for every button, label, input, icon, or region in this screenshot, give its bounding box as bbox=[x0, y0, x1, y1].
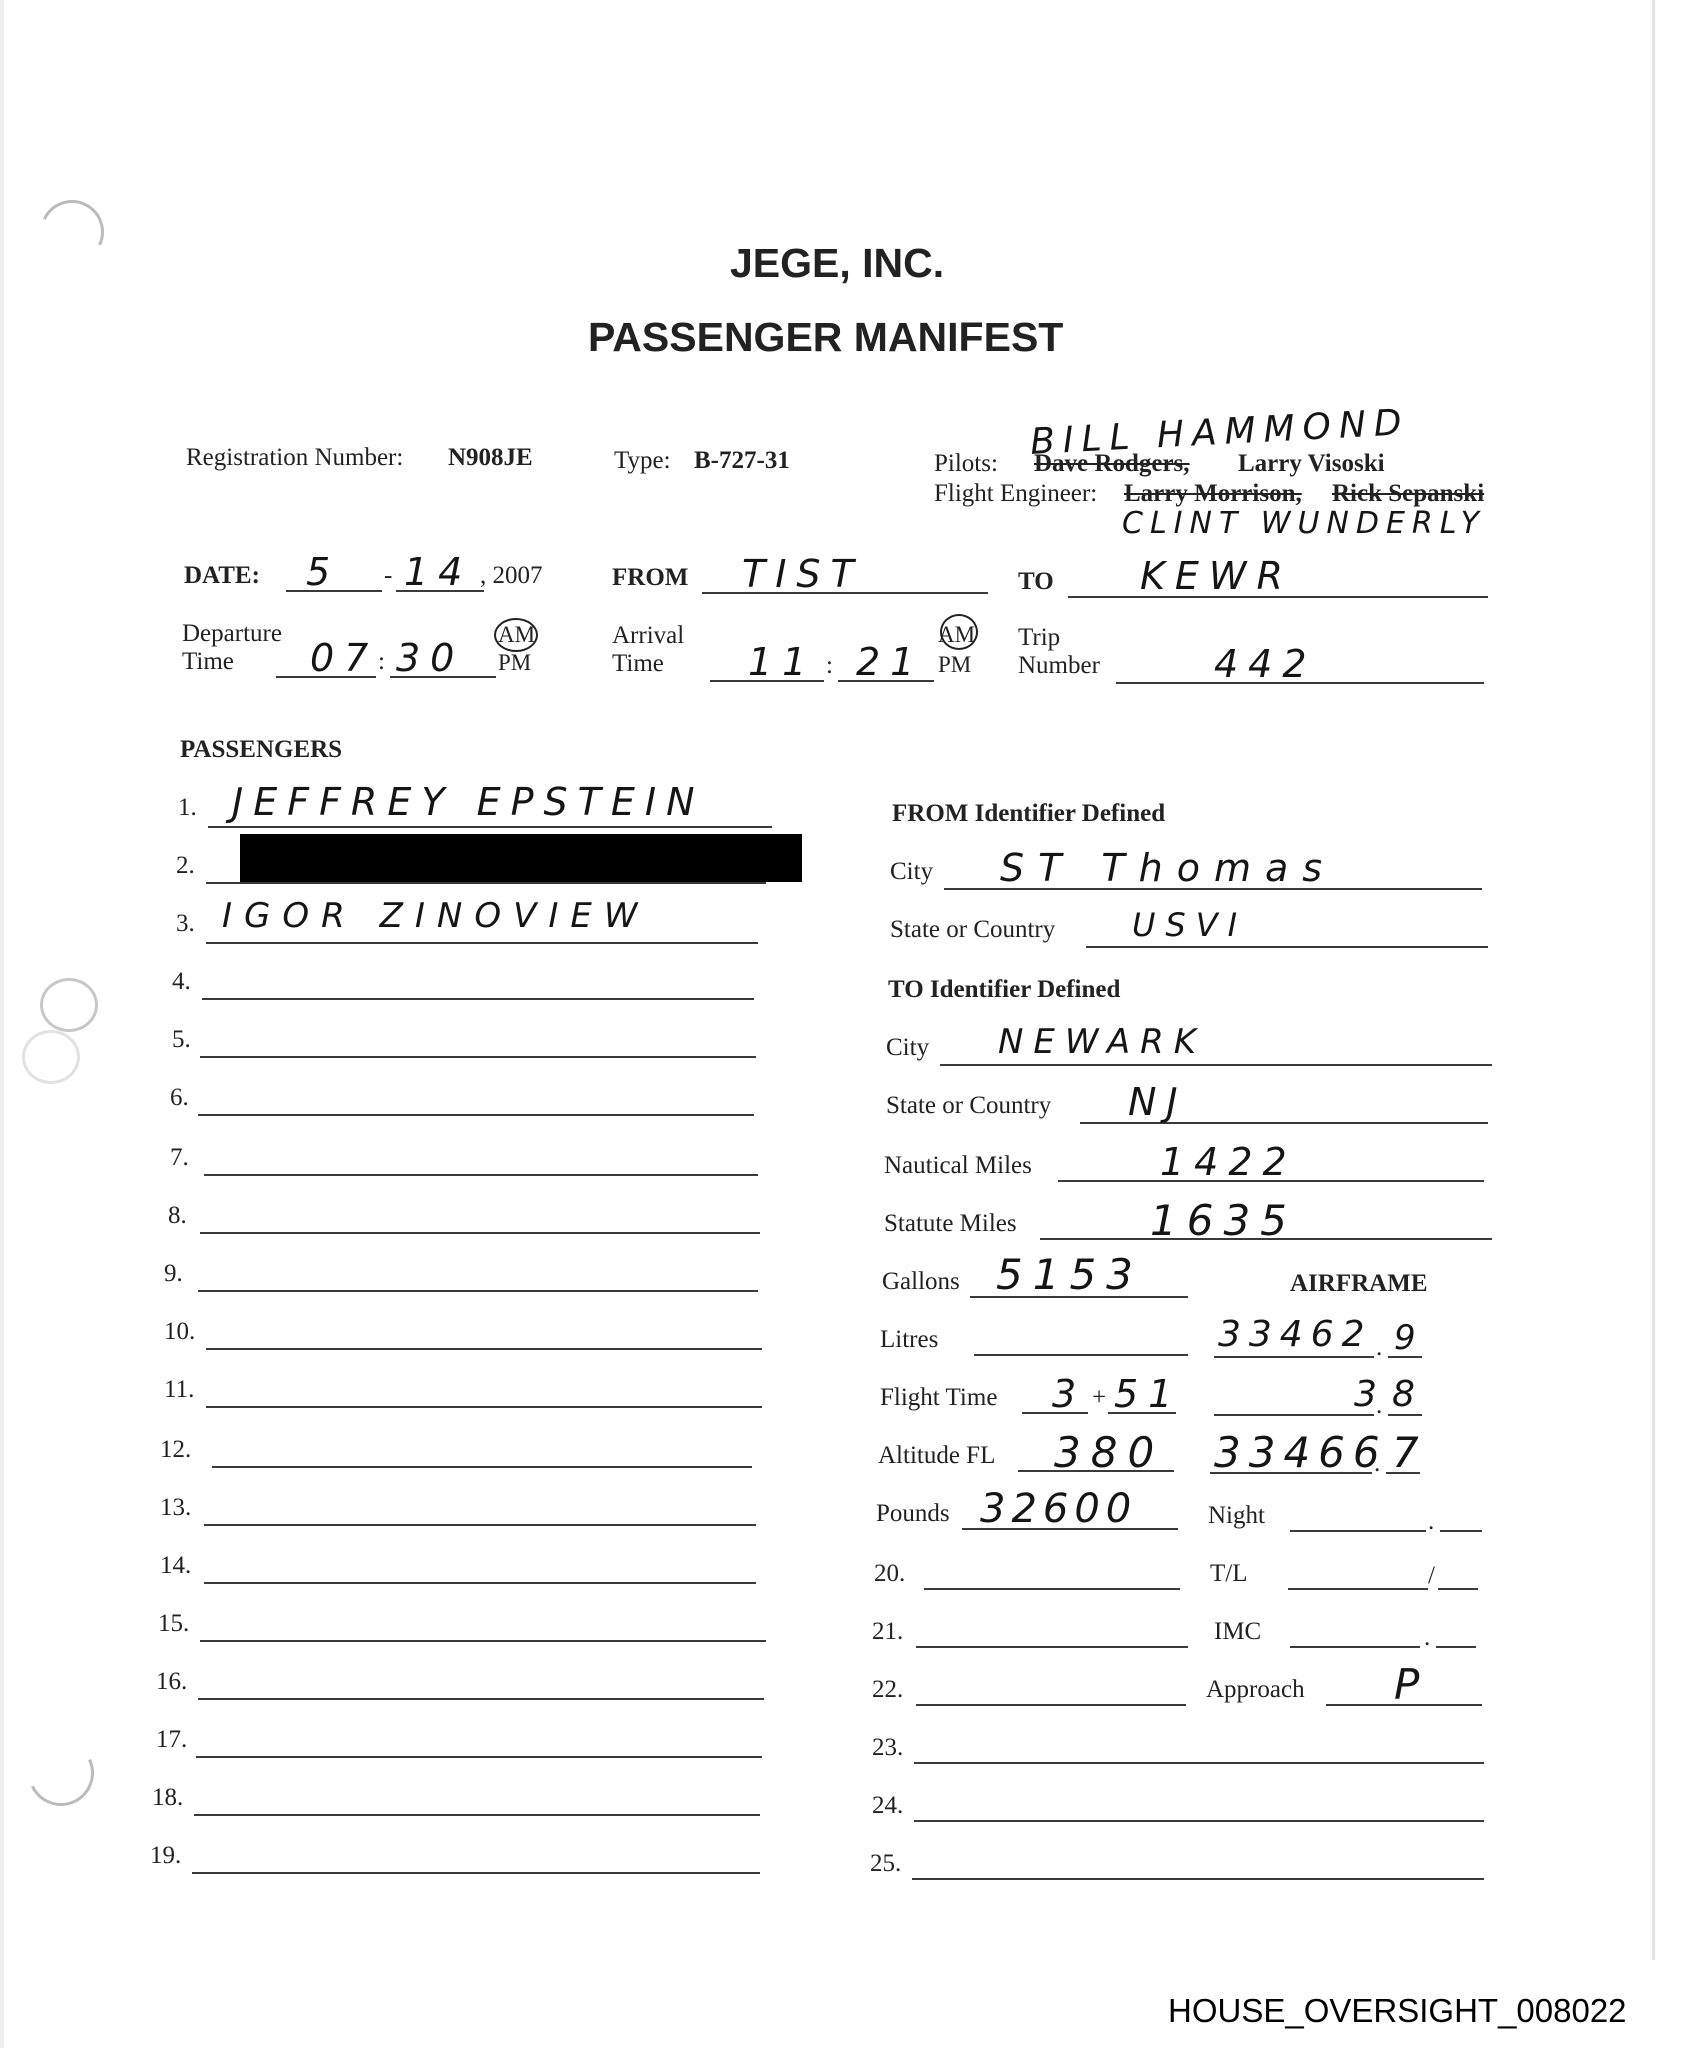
passenger-line bbox=[198, 1114, 754, 1116]
from-city-label: City bbox=[890, 858, 933, 886]
departure-label: Departure bbox=[182, 620, 282, 648]
nautical-miles-label: Nautical Miles bbox=[884, 1152, 1032, 1180]
page-title: PASSENGER MANIFEST bbox=[588, 314, 1063, 361]
passenger-number: 6. bbox=[170, 1084, 189, 1112]
passenger-line bbox=[192, 1872, 760, 1874]
passenger-line bbox=[194, 1814, 760, 1816]
arrival-label: Arrival bbox=[612, 622, 684, 650]
passenger-number: 16. bbox=[156, 1668, 187, 1696]
passenger-line bbox=[916, 1704, 1186, 1706]
approach-label: Approach bbox=[1206, 1676, 1305, 1704]
to-state-label: State or Country bbox=[886, 1092, 1051, 1120]
passenger-line bbox=[208, 826, 772, 828]
passenger-name: JEFFREY EPSTEIN bbox=[232, 780, 705, 824]
engineer-handwritten: CLINT WUNDERLY bbox=[1122, 506, 1486, 541]
airframe-row1-dot: . bbox=[1376, 1334, 1382, 1362]
type-value: B-727-31 bbox=[694, 447, 790, 475]
from-identifier-heading: FROM Identifier Defined bbox=[892, 800, 1165, 828]
from-state-value: USVI bbox=[1132, 906, 1247, 944]
passenger-number: 18. bbox=[152, 1784, 183, 1812]
pounds-value: 32600 bbox=[980, 1486, 1137, 1532]
litres-line bbox=[974, 1354, 1188, 1356]
to-value: KEWR bbox=[1140, 554, 1293, 598]
night-dot: . bbox=[1428, 1508, 1434, 1536]
departure-colon: : bbox=[378, 648, 385, 676]
imc-label: IMC bbox=[1214, 1618, 1261, 1646]
imc-decimal-line bbox=[1436, 1646, 1476, 1648]
passenger-line bbox=[206, 942, 758, 944]
tl-slash: / bbox=[1428, 1562, 1435, 1590]
passenger-line bbox=[200, 1640, 766, 1642]
passenger-number: 17. bbox=[156, 1726, 187, 1754]
passenger-number: 19. bbox=[150, 1842, 181, 1870]
statute-miles-label: Statute Miles bbox=[884, 1210, 1017, 1238]
passenger-number: 8. bbox=[168, 1202, 187, 1230]
gallons-label: Gallons bbox=[882, 1268, 960, 1296]
imc-line bbox=[1290, 1646, 1420, 1648]
registration-label: Registration Number: bbox=[186, 444, 403, 472]
airframe-row2-line bbox=[1214, 1414, 1374, 1416]
departure-hour: 07 bbox=[310, 636, 378, 680]
passenger-line bbox=[200, 1232, 760, 1234]
passenger-line bbox=[200, 1056, 756, 1058]
airframe-heading: AIRFRAME bbox=[1290, 1270, 1428, 1298]
flight-time-plus: + bbox=[1092, 1384, 1106, 1412]
binder-hole-icon bbox=[31, 191, 113, 273]
passenger-number: 2. bbox=[176, 852, 195, 880]
altitude-label: Altitude FL bbox=[878, 1442, 995, 1470]
from-city-value: ST Thomas bbox=[1000, 846, 1336, 890]
pilot-struck: Dave Rodgers, bbox=[1034, 450, 1190, 478]
passenger-number: 5. bbox=[172, 1026, 191, 1054]
passenger-number: 25. bbox=[870, 1850, 901, 1878]
passengers-heading: PASSENGERS bbox=[180, 736, 342, 764]
passenger-number: 12. bbox=[160, 1436, 191, 1464]
passenger-line bbox=[204, 1174, 758, 1176]
altitude-value: 380 bbox=[1054, 1428, 1164, 1477]
passenger-line bbox=[212, 1466, 752, 1468]
departure-minute: 30 bbox=[396, 636, 464, 680]
type-label: Type: bbox=[614, 447, 671, 475]
night-decimal-line bbox=[1440, 1530, 1482, 1532]
passenger-number: 20. bbox=[874, 1560, 905, 1588]
engineer-struck-2: Rick Sepanski bbox=[1332, 480, 1484, 508]
scan-right-edge bbox=[1652, 0, 1655, 1960]
date-separator: - bbox=[384, 562, 392, 590]
passenger-number: 3. bbox=[176, 910, 195, 938]
airframe-row1-whole: 33462 bbox=[1218, 1314, 1373, 1355]
arrival-time-label: Time bbox=[612, 650, 664, 678]
from-label: FROM bbox=[612, 564, 688, 592]
trip-number-label: Number bbox=[1018, 652, 1100, 680]
passenger-number: 24. bbox=[872, 1792, 903, 1820]
approach-value: P bbox=[1394, 1660, 1429, 1709]
tl-label: T/L bbox=[1210, 1560, 1248, 1588]
passenger-number: 14. bbox=[160, 1552, 191, 1580]
nautical-miles-value: 1422 bbox=[1160, 1140, 1297, 1184]
passenger-line bbox=[202, 998, 754, 1000]
redaction-box: [REDACTED] bbox=[240, 834, 802, 882]
airframe-row2-dot: . bbox=[1376, 1392, 1382, 1420]
passenger-line bbox=[206, 1348, 762, 1350]
arrival-pm-option[interactable]: PM bbox=[938, 652, 971, 678]
arrival-minute: 21 bbox=[856, 640, 924, 684]
airframe-row3-dot: . bbox=[1374, 1450, 1380, 1478]
gallons-value: 5153 bbox=[996, 1250, 1143, 1299]
arrival-am-circle bbox=[940, 614, 978, 650]
arrival-colon: : bbox=[826, 652, 833, 680]
passenger-number: 11. bbox=[164, 1376, 194, 1404]
departure-pm-option[interactable]: PM bbox=[498, 650, 531, 676]
passenger-line bbox=[916, 1646, 1188, 1648]
airframe-row3-whole: 33466 bbox=[1214, 1428, 1388, 1477]
passenger-line bbox=[924, 1588, 1180, 1590]
flight-engineer-label: Flight Engineer: bbox=[934, 480, 1097, 508]
passenger-name: IGOR ZINOVIEW bbox=[222, 896, 649, 936]
date-label: DATE: bbox=[184, 562, 260, 590]
departure-am-circle bbox=[494, 618, 538, 652]
passenger-number: 7. bbox=[170, 1144, 189, 1172]
passenger-number: 22. bbox=[872, 1676, 903, 1704]
passenger-line bbox=[914, 1820, 1484, 1822]
arrival-hour: 11 bbox=[748, 640, 816, 684]
from-state-label: State or Country bbox=[890, 916, 1055, 944]
to-label: TO bbox=[1018, 568, 1054, 596]
tl-decimal-line bbox=[1438, 1588, 1478, 1590]
to-city-line bbox=[940, 1064, 1492, 1066]
flight-time-hours: 3 bbox=[1052, 1372, 1086, 1416]
to-city-value: NEWARK bbox=[998, 1022, 1206, 1062]
passenger-number: 1. bbox=[178, 794, 197, 822]
passenger-number: 9. bbox=[164, 1260, 183, 1288]
binder-hole-icon bbox=[19, 1731, 104, 1816]
pounds-label: Pounds bbox=[876, 1500, 950, 1528]
from-value: TIST bbox=[742, 552, 864, 596]
passenger-number: 13. bbox=[160, 1494, 191, 1522]
tl-line bbox=[1288, 1588, 1428, 1590]
passenger-line bbox=[204, 1582, 756, 1584]
airframe-row1-decimal: 9 bbox=[1394, 1318, 1426, 1358]
airframe-row2-decimal: 8 bbox=[1392, 1374, 1425, 1415]
bates-number: HOUSE_OVERSIGHT_008022 bbox=[1168, 1992, 1627, 2030]
passenger-line bbox=[198, 1698, 764, 1700]
passenger-number: 15. bbox=[158, 1610, 189, 1638]
company-name: JEGE, INC. bbox=[730, 240, 944, 287]
airframe-row1-line bbox=[1214, 1356, 1374, 1358]
trip-label: Trip bbox=[1018, 624, 1060, 652]
passenger-number: 23. bbox=[872, 1734, 903, 1762]
statute-miles-value: 1635 bbox=[1150, 1196, 1297, 1245]
flight-time-minutes: 51 bbox=[1114, 1372, 1182, 1416]
to-city-label: City bbox=[886, 1034, 929, 1062]
scan-left-edge bbox=[0, 0, 4, 2048]
litres-label: Litres bbox=[880, 1326, 938, 1354]
passenger-line bbox=[206, 1406, 762, 1408]
to-state-value: NJ bbox=[1128, 1080, 1188, 1124]
passenger-number: 10. bbox=[164, 1318, 195, 1346]
date-month: 5 bbox=[306, 550, 340, 594]
binder-hole-icon bbox=[40, 978, 98, 1032]
imc-dot: . bbox=[1424, 1624, 1430, 1652]
date-day: 14 bbox=[404, 550, 472, 594]
engineer-struck-1: Larry Morrison, bbox=[1124, 480, 1302, 508]
passenger-line bbox=[198, 1290, 758, 1292]
departure-time-label: Time bbox=[182, 648, 234, 676]
passenger-number: 4. bbox=[172, 968, 191, 996]
night-label: Night bbox=[1208, 1502, 1265, 1530]
passenger-line bbox=[204, 1524, 756, 1526]
pilot-printed: Larry Visoski bbox=[1238, 450, 1385, 478]
passenger-line bbox=[914, 1762, 1484, 1764]
registration-value: N908JE bbox=[448, 444, 533, 472]
passenger-line bbox=[912, 1878, 1484, 1880]
passenger-number: 21. bbox=[872, 1618, 903, 1646]
airframe-row3-decimal: 7 bbox=[1392, 1428, 1429, 1477]
passenger-line bbox=[206, 882, 766, 884]
date-year: , 2007 bbox=[480, 562, 543, 590]
passenger-line bbox=[196, 1756, 762, 1758]
pilots-label: Pilots: bbox=[934, 450, 998, 478]
night-line bbox=[1290, 1530, 1426, 1532]
flight-time-label: Flight Time bbox=[880, 1384, 997, 1412]
from-state-line bbox=[1086, 946, 1488, 948]
trip-number-value: 442 bbox=[1214, 642, 1317, 686]
airframe-row2-whole: 3 bbox=[1354, 1374, 1377, 1415]
binder-hole-icon bbox=[22, 1030, 80, 1084]
to-identifier-heading: TO Identifier Defined bbox=[888, 976, 1120, 1004]
